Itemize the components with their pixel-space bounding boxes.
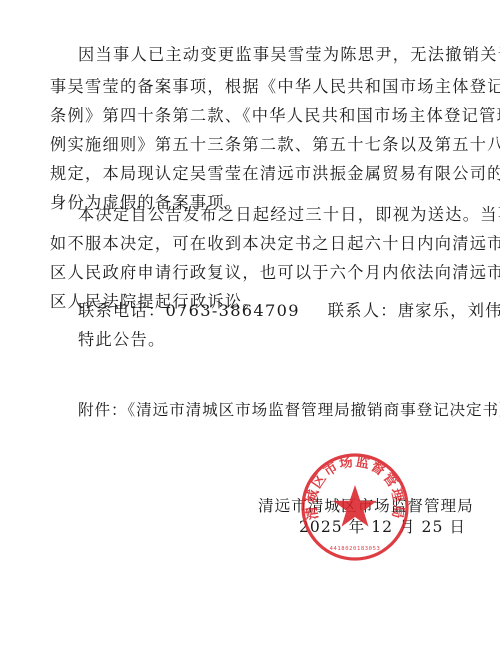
attachment-text: 附件：《清远市清城区市场监督管理局撤销商事登记决定书》。 (78, 398, 500, 420)
seal-serial: 4418020183053 (330, 546, 381, 552)
contact-person-label: 联系人： (328, 301, 398, 320)
paragraph2-line-1: 本决定自公告发布之日起经过三十日，即视为送达。当事人 (78, 204, 478, 226)
paragraph1-line-1: 因当事人已主动变更监事吴雪莹为陈思尹，无法撤销关于监 (78, 44, 478, 66)
phone-label: 联系电话： (78, 301, 165, 320)
signature-date: 2025 年 12 月 25 日 (299, 515, 466, 537)
closing-text: 特此公告。 (78, 329, 478, 351)
paragraph1-line-4: 例实施细则》第五十三条第二款、第五十七条以及第五十八条的 (50, 134, 450, 156)
contact-line: 联系电话：0763-3864709联系人：唐家乐，刘伟龙 (78, 300, 478, 322)
contact-persons: 唐家乐，刘伟龙 (398, 301, 500, 320)
paragraph1-line-5: 规定，本局现认定吴雪莹在清远市洪振金属贸易有限公司的监事 (50, 163, 450, 185)
paragraph2-line-2: 如不服本决定，可在收到本决定书之日起六十日内向清远市清城 (50, 233, 450, 255)
paragraph1-line-3: 条例》第四十条第二款、《中华人民共和国市场主体登记管理条 (50, 105, 450, 127)
paragraph2-line-3: 区人民政府申请行政复议，也可以于六个月内依法向清远市清新 (50, 262, 450, 284)
phone-number: 0763-3864709 (165, 301, 299, 320)
signature-organization: 清远市清城区市场监督管理局 (258, 494, 474, 516)
document-page: 因当事人已主动变更监事吴雪莹为陈思尹，无法撤销关于监 事吴雪莹的备案事项，根据《… (0, 0, 500, 665)
paragraph1-line-2: 事吴雪莹的备案事项，根据《中华人民共和国市场主体登记管理 (50, 76, 450, 98)
